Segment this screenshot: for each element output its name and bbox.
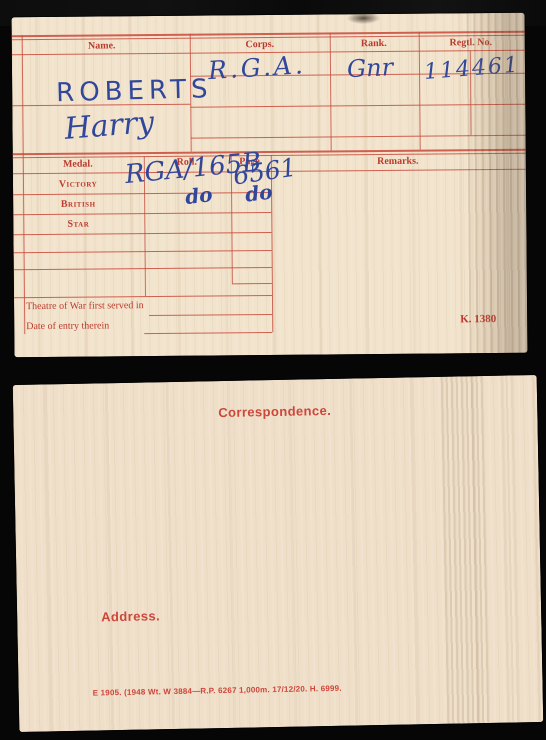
medal-row-british: British xyxy=(61,199,96,210)
printer-imprint: E 1905. (1948 Wt. W 3884—R.P. 6267 1,000… xyxy=(93,684,342,698)
medal-column-header: Medal. xyxy=(63,159,93,170)
ruled-line xyxy=(22,35,26,334)
date-of-entry-label: Date of entry therein xyxy=(26,320,109,332)
remarks-column-header: Remarks. xyxy=(377,156,418,167)
scan-smudge xyxy=(346,12,380,24)
handwritten-regtl-no: 114461 xyxy=(423,53,521,85)
reference-code: K. 1380 xyxy=(460,313,496,325)
ruled-line xyxy=(191,135,526,139)
ruled-line xyxy=(13,232,271,235)
regtl-no-column-header: Regtl. No. xyxy=(449,37,492,48)
ruled-line xyxy=(14,267,272,270)
medal-row-star: Star xyxy=(67,219,89,230)
scan-streaks xyxy=(441,376,490,724)
corps-column-header: Corps. xyxy=(245,39,274,50)
handwritten-ditto-roll: do xyxy=(184,182,214,209)
ruled-line xyxy=(144,332,272,334)
ruled-line xyxy=(419,32,421,150)
rank-column-header: Rank. xyxy=(361,38,387,49)
handwritten-surname: ROBERTS xyxy=(56,74,213,108)
name-column-header: Name. xyxy=(88,40,116,51)
medal-card-back: Correspondence. Address. E 1905. (1948 W… xyxy=(13,375,544,732)
scan-streaks xyxy=(501,375,522,722)
address-label: Address. xyxy=(101,608,160,624)
ruled-line xyxy=(13,192,271,195)
handwritten-forename: Harry xyxy=(63,105,155,147)
scanned-medal-index-card: Name. Corps. Rank. Regtl. No. Medal. Rol… xyxy=(0,0,546,740)
handwritten-corps: R.G.A. xyxy=(207,50,306,85)
correspondence-heading: Correspondence. xyxy=(218,403,331,420)
ruled-line xyxy=(232,283,272,284)
theatre-of-war-label: Theatre of War first served in xyxy=(26,300,144,312)
ruled-line xyxy=(14,250,272,253)
medal-card-front: Name. Corps. Rank. Regtl. No. Medal. Rol… xyxy=(12,13,528,357)
ruled-line xyxy=(14,295,272,298)
ruled-line xyxy=(190,104,525,108)
handwritten-rank: Gnr xyxy=(346,53,393,83)
ruled-line xyxy=(330,32,332,150)
handwritten-ditto-page: do xyxy=(244,180,274,207)
medal-row-victory: Victory xyxy=(59,179,97,190)
ruled-line xyxy=(149,314,272,316)
ruled-line xyxy=(13,212,271,215)
